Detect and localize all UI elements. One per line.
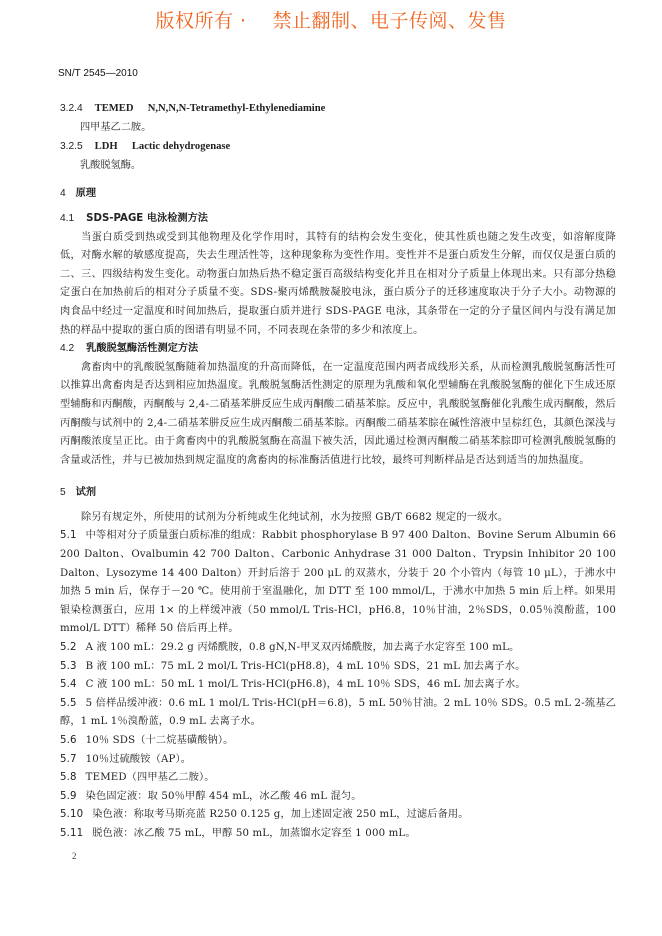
section-title: 试剂 xyxy=(76,487,96,498)
section-4-1-paragraph: 当蛋白质受到热或受到其他物理及化学作用时，其特有的结构会发生变化，使其性质也随之… xyxy=(60,229,616,341)
page-number: 2 xyxy=(72,851,77,861)
item-text: A 液 100 mL：29.2 g 丙烯酰胺，0.8 gN,N-甲叉双丙烯酰胺，… xyxy=(86,642,520,653)
banner-left-text: 版权所有 · xyxy=(155,10,246,32)
item-number: 5.7 xyxy=(60,754,77,765)
item-text: 10％过硫酸铵（AP）。 xyxy=(86,754,191,765)
item-text: 5 倍样品缓冲液：0.6 mL 1 mol/L Tris-HCl(pH＝6.8)… xyxy=(60,698,616,728)
item-number: 5.2 xyxy=(60,642,77,653)
item-number: 5.8 xyxy=(60,772,77,783)
term-description: 四甲基乙二胺。 xyxy=(60,119,616,138)
item-number: 5.4 xyxy=(60,679,77,690)
section-number: 3.2.4 xyxy=(60,103,83,114)
section-3-2-4-heading: 3.2.4TEMED N,N,N,N-Tetramethyl-Ethylened… xyxy=(60,99,616,119)
term-abbr: LDH xyxy=(95,141,118,152)
term-full: N,N,N,N-Tetramethyl-Ethylenediamine xyxy=(148,103,326,114)
reagent-item: 5.710％过硫酸铵（AP）。 xyxy=(60,751,616,770)
item-number: 5.10 xyxy=(60,809,83,820)
reagent-item: 5.610％ SDS（十二烷基磺酸钠）。 xyxy=(60,732,616,751)
reagent-item: 5.11脱色液：冰乙酸 75 mL，甲醇 50 mL，加蒸馏水定容至 1 000… xyxy=(60,825,616,844)
section-3-2-5-heading: 3.2.5LDH Lactic dehydrogenase xyxy=(60,137,616,157)
reagent-item: 5.4C 液 100 mL：50 mL 1 mol/L Tris-HCl(pH6… xyxy=(60,676,616,695)
item-number: 5.1 xyxy=(60,530,77,541)
section-4-2-paragraph: 禽畜肉中的乳酸脱氢酶随着加热温度的升高而降低，在一定温度范围内两者成线形关系，从… xyxy=(60,359,616,471)
item-number: 5.5 xyxy=(60,698,77,709)
section-title: SDS-PAGE 电泳检测方法 xyxy=(86,213,208,224)
term-description: 乳酸脱氢酶。 xyxy=(60,157,616,176)
document-id: SN/T 2545—2010 xyxy=(58,68,138,79)
reagent-item: 5.10染色液：称取考马斯亮蓝 R250 0.125 g，加上述固定液 250 … xyxy=(60,806,616,825)
section-4-1-heading: 4.1SDS-PAGE 电泳检测方法 xyxy=(60,210,616,229)
item-text: 染色固定液：取 50％甲醇 454 mL，冰乙酸 46 mL 混匀。 xyxy=(86,791,362,802)
item-text: 中等相对分子质量蛋白质标准的组成：Rabbit phosphorylase B … xyxy=(60,530,616,634)
section-4-2-heading: 4.2乳酸脱氢酶活性测定方法 xyxy=(60,340,616,359)
section-5-intro: 除另有规定外，所使用的试剂为分析纯或生化纯试剂，水为按照 GB/T 6682 规… xyxy=(60,509,616,528)
copyright-banner: 版权所有 ·禁止翻制、电子传阅、发售 xyxy=(0,6,662,33)
reagent-item: 5.3B 液 100 mL：75 mL 2 mol/L Tris-HCl(pH8… xyxy=(60,658,616,677)
item-text: 10％ SDS（十二烷基磺酸钠）。 xyxy=(86,735,234,746)
section-title: 原理 xyxy=(76,188,96,199)
item-text: TEMED（四甲基乙二胺）。 xyxy=(86,772,215,783)
reagent-item: 5.2A 液 100 mL：29.2 g 丙烯酰胺，0.8 gN,N-甲叉双丙烯… xyxy=(60,639,616,658)
item-text: C 液 100 mL：50 mL 1 mol/L Tris-HCl(pH6.8)… xyxy=(86,679,526,690)
item-text: 脱色液：冰乙酸 75 mL，甲醇 50 mL，加蒸馏水定容至 1 000 mL。 xyxy=(92,828,415,839)
section-number: 3.2.5 xyxy=(60,141,83,152)
term-full: Lactic dehydrogenase xyxy=(132,141,230,152)
section-title: 乳酸脱氢酶活性测定方法 xyxy=(86,343,198,354)
term-abbr: TEMED xyxy=(95,103,134,114)
item-number: 5.3 xyxy=(60,661,77,672)
reagent-item: 5.9染色固定液：取 50％甲醇 454 mL，冰乙酸 46 mL 混匀。 xyxy=(60,788,616,807)
item-text: B 液 100 mL：75 mL 2 mol/L Tris-HCl(pH8.8)… xyxy=(86,661,526,672)
section-number: 4.2 xyxy=(60,343,74,354)
reagent-item: 5.1中等相对分子质量蛋白质标准的组成：Rabbit phosphorylase… xyxy=(60,527,616,639)
item-number: 5.11 xyxy=(60,828,83,839)
reagent-item: 5.55 倍样品缓冲液：0.6 mL 1 mol/L Tris-HCl(pH＝6… xyxy=(60,695,616,732)
item-text: 染色液：称取考马斯亮蓝 R250 0.125 g，加上述固定液 250 mL，过… xyxy=(92,809,468,820)
banner-right-text: 禁止翻制、电子传阅、发售 xyxy=(273,10,507,32)
reagent-item: 5.8TEMED（四甲基乙二胺）。 xyxy=(60,769,616,788)
section-number: 4 xyxy=(60,188,66,199)
section-5-heading: 5试剂 xyxy=(60,484,616,503)
item-number: 5.9 xyxy=(60,791,77,802)
section-number: 5 xyxy=(60,487,66,498)
section-number: 4.1 xyxy=(60,213,74,224)
section-4-heading: 4原理 xyxy=(60,185,616,204)
document-body: 3.2.4TEMED N,N,N,N-Tetramethyl-Ethylened… xyxy=(60,99,616,844)
item-number: 5.6 xyxy=(60,735,77,746)
